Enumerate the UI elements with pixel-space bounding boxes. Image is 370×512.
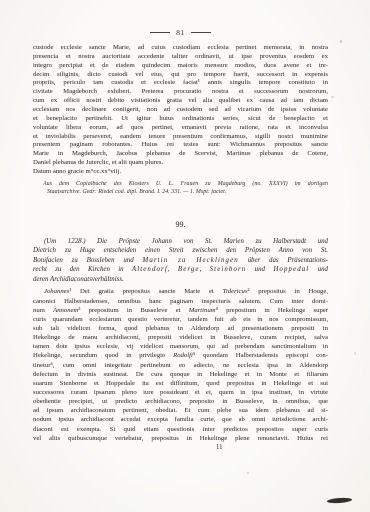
text-line: successores curam ipsarum pleno iure pos… [33, 388, 328, 397]
spaced-name: Altendorf [132, 266, 168, 273]
text-line: propriis, periculo tam custodis et eccle… [33, 79, 328, 88]
header-rule-right [191, 32, 211, 33]
page-header: 81 [33, 28, 328, 37]
text-line: custode ecclesie sancte Marie, ad cuius … [33, 44, 328, 53]
scan-speck [340, 40, 342, 43]
header-rule-left [150, 32, 170, 33]
text-line: Hekelinge de manu archidiaconi, preposit… [33, 333, 328, 342]
italic-name: Tidericus [223, 288, 248, 295]
italic-name: Martinum [189, 307, 216, 314]
text-line: presencia et nostra auctoritate accedent… [33, 53, 328, 62]
text-line: vel aliis quibuscumque vertebatur, prepo… [33, 434, 328, 443]
source-note: Aus dem Copialbuche des Klosters U. L. F… [33, 181, 328, 197]
text-line: Hekelinge, secundum quod in privilegio R… [33, 351, 328, 360]
spaced-name: Steinborn [210, 266, 247, 273]
text-line: recht zu den Kirchen in Altendorf, Berge… [33, 265, 328, 274]
text-line: curis quarundam ecclesiarum questio vert… [33, 315, 328, 324]
text-line: civitate Magdeborch exhiberi. Preterea p… [33, 88, 328, 97]
text-line: Bonifacien zu Bossleben und Martin zu He… [33, 256, 328, 265]
ink-smudge [327, 497, 352, 504]
italic-name: Annonem [53, 307, 78, 314]
text-line: et inviolabilis perseveret, eandem tenor… [33, 133, 328, 142]
text-line: defectum in divinis sustineat. De cura q… [33, 370, 328, 379]
text-line: diaconi est exempta. Si quid etiam quest… [33, 425, 328, 434]
text-line: suarum Stenborne et Hoppedale ita est di… [33, 379, 328, 388]
text-line: nodum ipsius archidiaconi accedat except… [33, 415, 328, 424]
text-line: canonici Halberstadenses, omnibus hanc p… [33, 297, 328, 306]
scanned-page: 81 custode ecclesie sancte Marie, ad cui… [0, 0, 370, 512]
text-line: tamen dote ipsius ecclesie, vij videlice… [33, 342, 328, 351]
text-line: Staatsarchive. Gedr: Riedel cod. dipl. B… [33, 189, 328, 197]
doc99-body-paragraph: Johannes¹ Dei gratia prepositus sancte M… [33, 287, 328, 442]
text-line: integro percipiat et de eisdem quindecim… [33, 62, 328, 71]
text-line: Marie in Magdeburch, Jacobus plebanus de… [33, 150, 328, 159]
text-line: (Um 1228.) Die Pröpste Johann von St. Ma… [33, 237, 328, 246]
text-line: ad ipsum archidiaconatum pertinent, obed… [33, 406, 328, 415]
text-line: cum ex officii nostri debito visitationi… [33, 97, 328, 106]
text-line: Johannes¹ Dei gratia prepositus sancte M… [33, 287, 328, 296]
page-number: 81 [170, 28, 191, 37]
text-line: et beneplacito pertinebit. Ut igitur hui… [33, 115, 328, 124]
scan-speck [331, 96, 334, 98]
text-line: decim siliginis, dicto custodi vel eius,… [33, 71, 328, 80]
text-line: ecclesiam nos declinare contigerit, non … [33, 106, 328, 115]
spaced-name: Berge [178, 266, 200, 273]
text-line: Aus dem Copialbuche des Klosters U. L. F… [33, 181, 328, 189]
text-line: Dietrich zu Huge entscheiden einen Strei… [33, 246, 328, 255]
scan-speck [247, 472, 249, 474]
scan-speck [354, 352, 356, 355]
text-line: obedientie precipiet, ut predicto archid… [33, 397, 328, 406]
italic-name: Johannes [44, 288, 69, 295]
text-line: voluntate libera eorum, ad quos pertinet… [33, 124, 328, 133]
spaced-name: Martin zu Hecklingen [143, 257, 239, 264]
text-line: tinetur⁶, cum omni integritate pertinebu… [33, 361, 328, 370]
text-line: presentem paginam roborantes. Huius rei … [33, 141, 328, 150]
doc98-body-paragraph: custode ecclesie sancte Marie, ad cuius … [33, 44, 328, 168]
document-number: 99. [33, 220, 328, 230]
datum-line: Datum anno gracie m°cc.xx°viij. [33, 168, 328, 177]
text-line: deren Archidiaconatsverhältniss. [33, 275, 328, 284]
italic-name: Rodolfi [173, 352, 193, 359]
doc99-regest: (Um 1228.) Die Pröpste Johann von St. Ma… [33, 237, 328, 284]
text-line: Daniel plebanus de Juterclic, et alii qu… [33, 159, 328, 168]
text-line: num Annonem³ prepositum in Busseleve et … [33, 306, 328, 315]
text-column: 81 custode ecclesie sancte Marie, ad cui… [33, 0, 328, 452]
text-line: sub tali videlicet forma, quod plebanus … [33, 324, 328, 333]
sheet-signature: 11 [216, 444, 328, 452]
spaced-name: Hoppedal [273, 266, 309, 273]
